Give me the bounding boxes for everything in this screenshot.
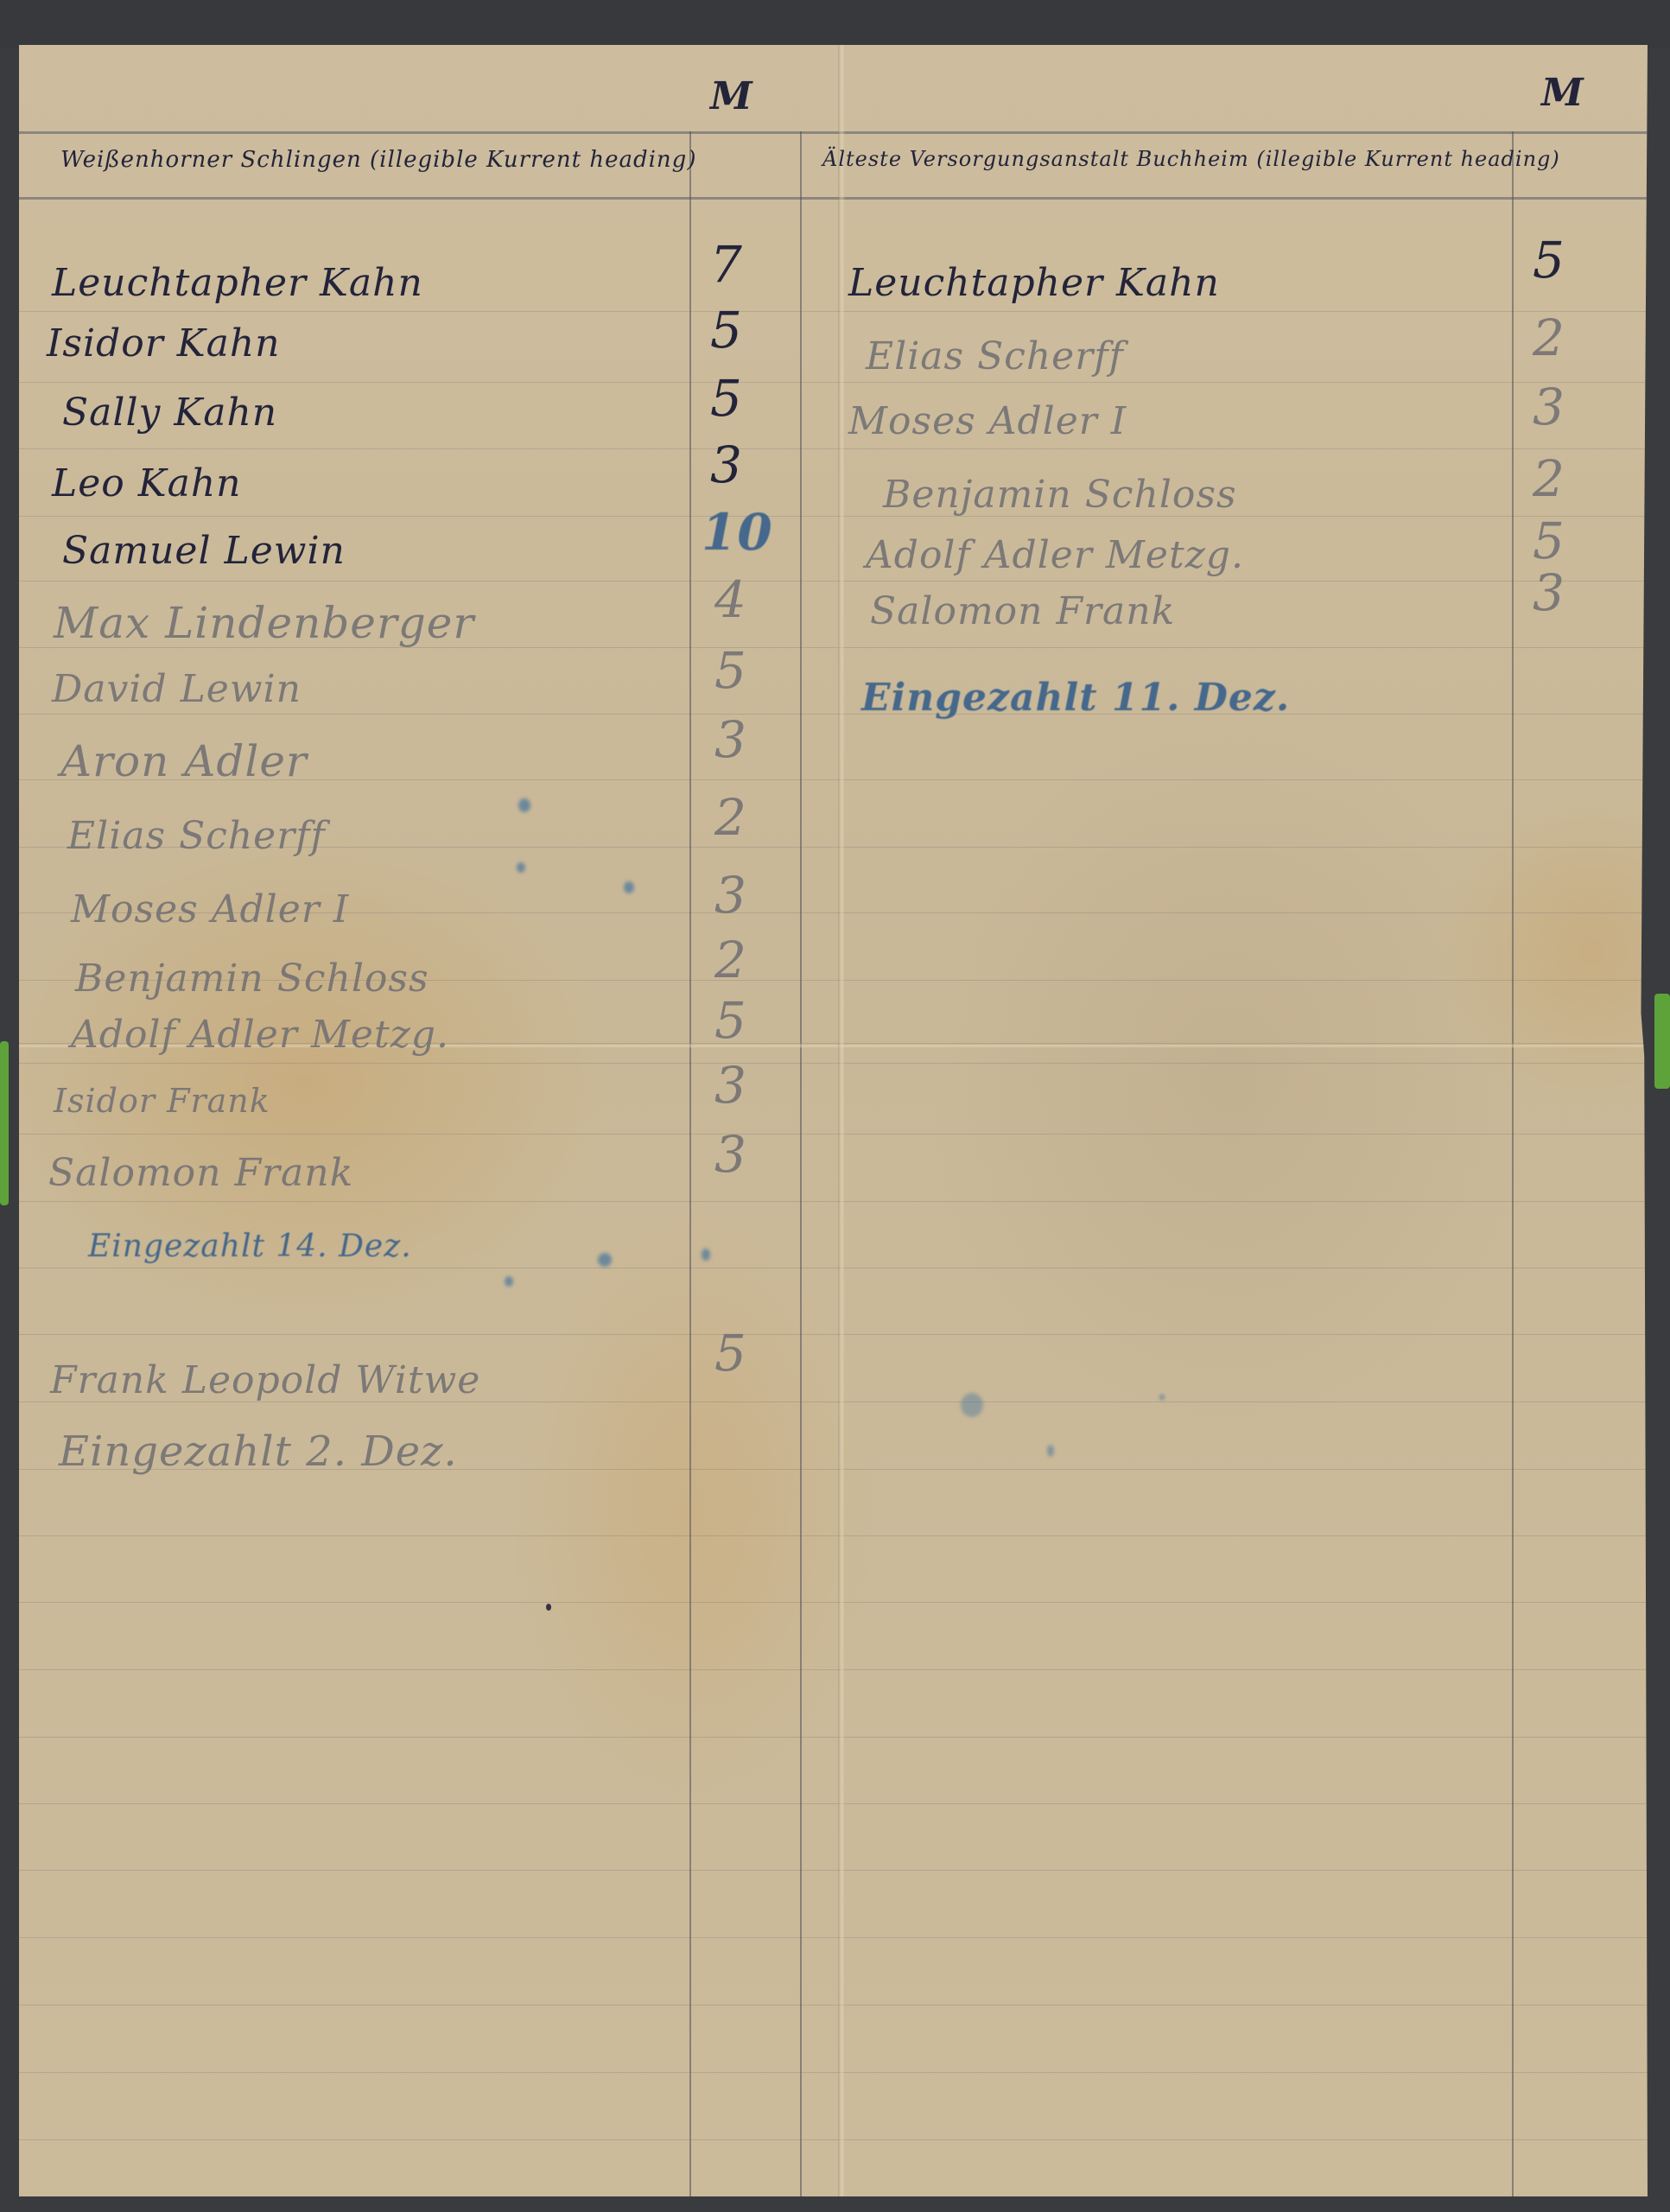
list-item-name: Elias Scherff — [67, 814, 326, 858]
middle-col-rule — [800, 131, 802, 2196]
green-tab-right — [1654, 994, 1670, 1089]
list-item-amount: 3 — [710, 435, 743, 494]
list-item-name: Samuel Lewin — [62, 529, 346, 573]
extra-entry-amount: 5 — [714, 1324, 747, 1382]
list-item-name: Isidor Kahn — [47, 321, 281, 365]
list-item-name: Salomon Frank — [48, 1151, 353, 1195]
list-item-name: David Lewin — [52, 667, 302, 711]
list-item-amount: 10 — [702, 503, 773, 562]
right-column-heading: Älteste Versorgungsanstalt Buchheim (ill… — [822, 147, 1560, 171]
list-item-name: Moses Adler I — [848, 399, 1127, 443]
left-blue-note: Eingezahlt 14. Dez. — [88, 1229, 412, 1264]
list-item-name: Benjamin Schloss — [75, 957, 429, 1001]
list-item-name: Elias Scherff — [866, 334, 1124, 378]
list-item-amount: 5 — [710, 369, 743, 428]
list-item-amount: 4 — [714, 570, 747, 629]
list-item-name: Sally Kahn — [62, 391, 277, 435]
list-item-amount: 5 — [714, 991, 747, 1050]
list-item-name: Leo Kahn — [52, 461, 242, 505]
list-item-name: Benjamin Schloss — [883, 473, 1237, 517]
list-item-amount: 3 — [1533, 563, 1565, 622]
header-rule-bottom — [19, 197, 1648, 200]
list-item-name: Salomon Frank — [870, 589, 1175, 633]
right-amount-col-rule — [1512, 131, 1514, 2196]
list-item-amount: 2 — [1533, 308, 1565, 367]
currency-mark-left: M — [710, 74, 753, 118]
list-item-amount: 3 — [714, 1125, 747, 1184]
list-item-amount: 3 — [714, 1056, 747, 1115]
list-item-amount: 5 — [1533, 231, 1565, 289]
list-item-amount: 5 — [710, 301, 743, 359]
list-item-name: Adolf Adler Metzg. — [71, 1013, 449, 1057]
list-item-name: Leuchtapher Kahn — [52, 261, 423, 305]
left-pencil-note: Eingezahlt 2. Dez. — [59, 1427, 458, 1476]
list-item-amount: 2 — [1533, 449, 1565, 508]
list-item-name: Aron Adler — [60, 736, 308, 786]
list-item-amount: 5 — [1533, 512, 1565, 570]
currency-mark-right: M — [1541, 71, 1584, 115]
list-item-name: Leuchtapher Kahn — [848, 261, 1220, 305]
background-top-bar — [0, 0, 1670, 48]
right-blue-note: Eingezahlt 11. Dez. — [861, 676, 1290, 720]
list-item-amount: 3 — [714, 866, 747, 925]
extra-entry-name: Frank Leopold Witwe — [50, 1358, 480, 1402]
list-item-name: Max Lindenberger — [54, 598, 474, 648]
list-item-amount: 7 — [710, 235, 743, 294]
list-item-amount: 3 — [714, 710, 747, 769]
list-item-amount: 2 — [714, 788, 747, 847]
list-item-amount: 2 — [714, 931, 747, 989]
ledger-paper: M M Weißenhorner Schlingen (illegible Ku… — [19, 45, 1648, 2196]
list-item-amount: 3 — [1533, 378, 1565, 436]
list-item-name: Isidor Frank — [54, 1082, 270, 1120]
list-item-name: Adolf Adler Metzg. — [866, 533, 1244, 577]
header-rule-top — [19, 131, 1648, 134]
list-item-name: Moses Adler I — [71, 887, 349, 931]
vertical-fold — [838, 45, 845, 2196]
list-item-amount: 5 — [714, 641, 747, 700]
left-amount-col-rule — [689, 131, 691, 2196]
green-tab-left — [0, 1041, 9, 1205]
left-column-heading: Weißenhorner Schlingen (illegible Kurren… — [60, 147, 696, 173]
